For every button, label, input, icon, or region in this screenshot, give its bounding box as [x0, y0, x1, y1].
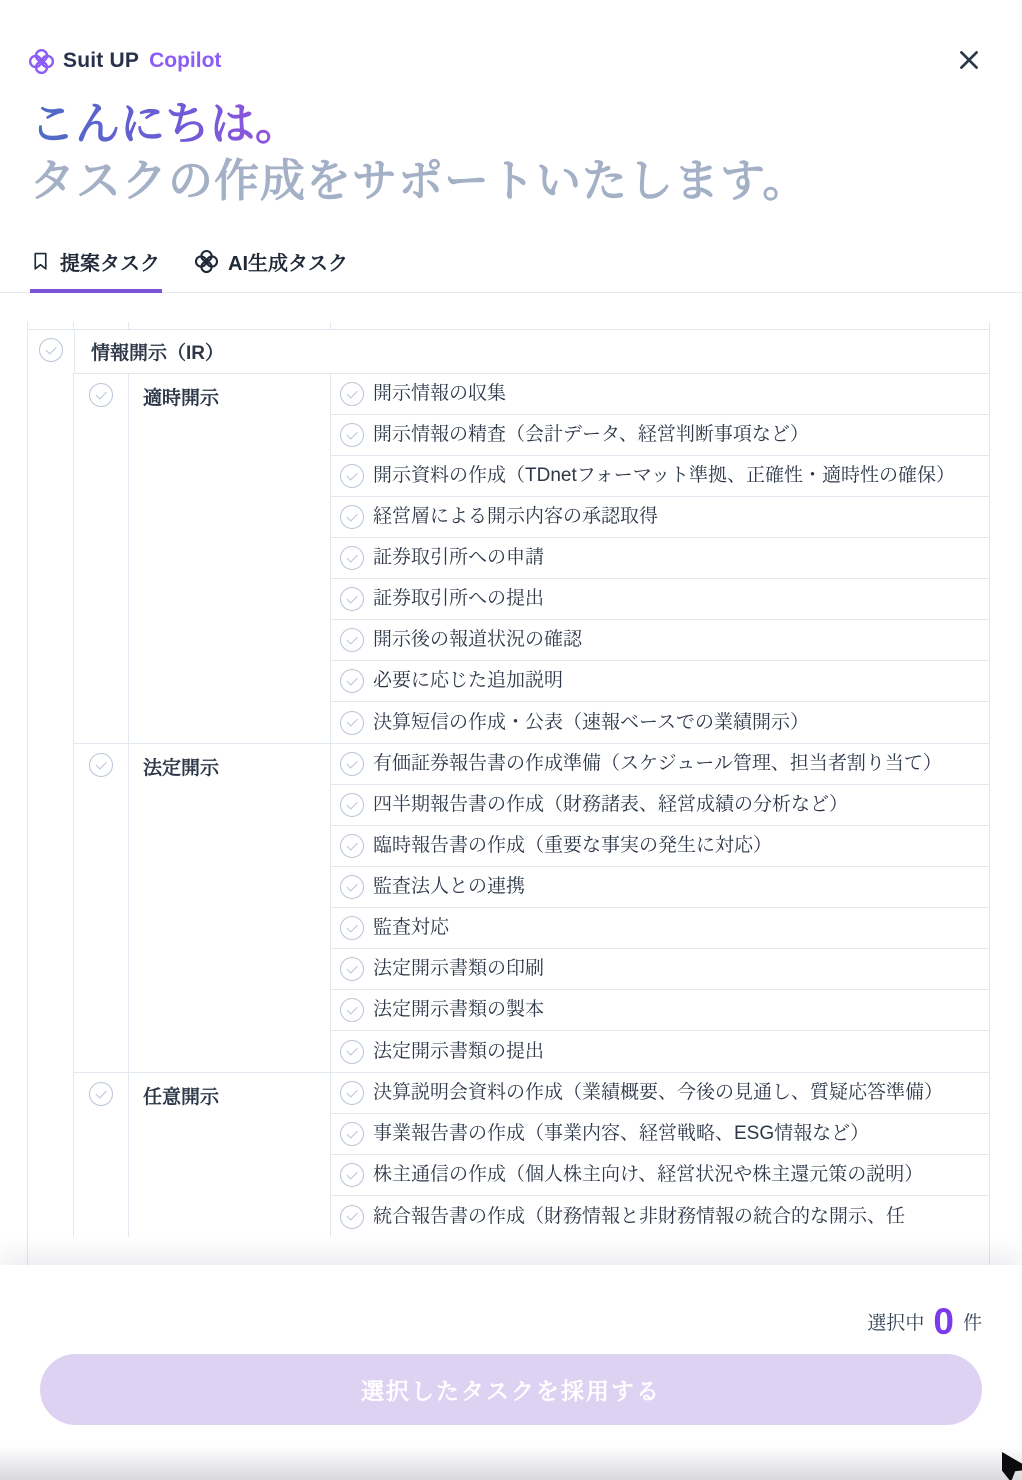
- task-group: 適時開示開示情報の収集開示情報の精査（会計データ、経営判断事項など）開示資料の作…: [74, 374, 989, 744]
- category-spacer: [28, 373, 74, 1237]
- task-label: 法定開示書類の提出: [373, 1040, 544, 1064]
- tab-suggested-tasks[interactable]: 提案タスク: [30, 246, 162, 292]
- count-prefix: 選択中: [867, 1308, 924, 1335]
- tab-ai-generated-tasks[interactable]: AI生成タスク: [194, 246, 350, 292]
- close-button[interactable]: [952, 44, 986, 78]
- knot-logo-icon: [194, 249, 219, 274]
- task-label: 株主通信の作成（個人株主向け、経営状況や株主還元策の説明）: [373, 1163, 923, 1187]
- count-suffix: 件: [963, 1308, 982, 1335]
- checkbox-icon[interactable]: [89, 753, 113, 777]
- task-row[interactable]: 経営層による開示内容の承認取得: [331, 497, 989, 538]
- task-row[interactable]: 決算短信の作成・公表（速報ベースでの業績開示）: [331, 702, 989, 743]
- clipped-row: [28, 322, 989, 329]
- task-groups: 適時開示開示情報の収集開示情報の精査（会計データ、経営判断事項など）開示資料の作…: [74, 373, 989, 1237]
- category-row[interactable]: 情報開示（IR）: [28, 329, 989, 373]
- task-row[interactable]: 臨時報告書の作成（重要な事実の発生に対応）: [331, 826, 989, 867]
- subcategory-checkbox-cell[interactable]: [74, 374, 129, 743]
- greeting-line2: タスクの作成をサポートいたします。: [30, 152, 992, 210]
- copilot-modal: { "brand": { "name": "Suit UP", "product…: [0, 0, 1022, 1480]
- task-label: 法定開示書類の製本: [373, 998, 544, 1022]
- brand-product: Copilot: [149, 49, 221, 73]
- task-row[interactable]: 証券取引所への提出: [331, 579, 989, 620]
- checkbox-icon[interactable]: [340, 505, 364, 529]
- task-label: 証券取引所への提出: [373, 587, 544, 611]
- adopt-tasks-button[interactable]: 選択したタスクを採用する: [40, 1354, 982, 1425]
- close-icon: [955, 46, 983, 77]
- task-list: 開示情報の収集開示情報の精査（会計データ、経営判断事項など）開示資料の作成（TD…: [331, 374, 989, 743]
- greeting: こんにちは。 タスクの作成をサポートいたします。: [0, 78, 1022, 210]
- subcategory-label: 法定開示: [129, 744, 331, 1072]
- task-row[interactable]: 統合報告書の作成（財務情報と非財務情報の統合的な開示、任: [331, 1196, 989, 1237]
- brand-name: Suit UP: [63, 49, 139, 73]
- tab-bar: 提案タスク AI生成タスク: [0, 246, 1022, 293]
- greeting-line1: こんにちは。: [30, 96, 300, 152]
- task-table: 情報開示（IR） 適時開示開示情報の収集開示情報の精査（会計データ、経営判断事項…: [27, 322, 990, 1269]
- checkbox-icon[interactable]: [340, 998, 364, 1022]
- modal-header: Suit UP Copilot: [0, 0, 1022, 78]
- brand: Suit UP Copilot: [28, 48, 221, 75]
- checkbox-icon[interactable]: [340, 875, 364, 899]
- checkbox-icon[interactable]: [340, 957, 364, 981]
- task-row[interactable]: 法定開示書類の提出: [331, 1031, 989, 1072]
- checkbox-icon[interactable]: [340, 1081, 364, 1105]
- footer: 選択中 0 件 選択したタスクを採用する: [0, 1265, 1022, 1480]
- count-number: 0: [933, 1303, 954, 1340]
- task-label: 統合報告書の作成（財務情報と非財務情報の統合的な開示、任: [373, 1205, 905, 1229]
- task-label: 法定開示書類の印刷: [373, 957, 544, 981]
- checkbox-icon[interactable]: [340, 382, 364, 406]
- category-body: 適時開示開示情報の収集開示情報の精査（会計データ、経営判断事項など）開示資料の作…: [28, 373, 989, 1237]
- checkbox-icon[interactable]: [340, 669, 364, 693]
- checkbox-icon[interactable]: [340, 1122, 364, 1146]
- task-row[interactable]: 監査対応: [331, 908, 989, 949]
- checkbox-icon[interactable]: [340, 464, 364, 488]
- checkbox-icon[interactable]: [340, 587, 364, 611]
- checkbox-icon[interactable]: [89, 1082, 113, 1106]
- task-label: 開示情報の精査（会計データ、経営判断事項など）: [373, 423, 809, 447]
- checkbox-icon[interactable]: [340, 793, 364, 817]
- subcategory-checkbox-cell[interactable]: [74, 744, 129, 1072]
- task-label: 臨時報告書の作成（重要な事実の発生に対応）: [373, 834, 772, 858]
- checkbox-icon[interactable]: [340, 546, 364, 570]
- checkbox-icon[interactable]: [340, 423, 364, 447]
- subcategory-checkbox-cell[interactable]: [74, 1073, 129, 1237]
- task-label: 開示後の報道状況の確認: [373, 628, 582, 652]
- task-label: 決算説明会資料の作成（業績概要、今後の見通し、質疑応答準備）: [373, 1081, 943, 1105]
- task-row[interactable]: 開示後の報道状況の確認: [331, 620, 989, 661]
- task-group: 法定開示有価証券報告書の作成準備（スケジュール管理、担当者割り当て）四半期報告書…: [74, 744, 989, 1073]
- task-label: 証券取引所への申請: [373, 546, 544, 570]
- checkbox-icon[interactable]: [340, 711, 364, 735]
- checkbox-icon[interactable]: [340, 1163, 364, 1187]
- checkbox-icon[interactable]: [340, 1205, 364, 1229]
- category-label: 情報開示（IR）: [74, 330, 989, 373]
- task-label: 監査法人との連携: [373, 875, 525, 899]
- task-row[interactable]: 開示情報の精査（会計データ、経営判断事項など）: [331, 415, 989, 456]
- task-row[interactable]: 法定開示書類の製本: [331, 990, 989, 1031]
- subcategory-label: 適時開示: [129, 374, 331, 743]
- task-row[interactable]: 決算説明会資料の作成（業績概要、今後の見通し、質疑応答準備）: [331, 1073, 989, 1114]
- task-label: 四半期報告書の作成（財務諸表、経営成績の分析など）: [373, 793, 848, 817]
- task-label: 開示情報の収集: [373, 382, 506, 406]
- task-label: 必要に応じた追加説明: [373, 669, 563, 693]
- knot-logo-icon: [28, 48, 55, 75]
- checkbox-icon[interactable]: [340, 1040, 364, 1064]
- task-row[interactable]: 四半期報告書の作成（財務諸表、経営成績の分析など）: [331, 785, 989, 826]
- task-row[interactable]: 監査法人との連携: [331, 867, 989, 908]
- task-row[interactable]: 法定開示書類の印刷: [331, 949, 989, 990]
- task-row[interactable]: 証券取引所への申請: [331, 538, 989, 579]
- tab-label: 提案タスク: [60, 247, 160, 276]
- subcategory-label: 任意開示: [129, 1073, 331, 1237]
- task-label: 監査対応: [373, 916, 449, 940]
- task-label: 開示資料の作成（TDnetフォーマット準拠、正確性・適時性の確保）: [373, 464, 955, 488]
- bookmark-icon: [30, 249, 51, 273]
- task-row[interactable]: 有価証券報告書の作成準備（スケジュール管理、担当者割り当て）: [331, 744, 989, 785]
- task-row[interactable]: 必要に応じた追加説明: [331, 661, 989, 702]
- task-label: 有価証券報告書の作成準備（スケジュール管理、担当者割り当て）: [373, 752, 942, 776]
- task-label: 決算短信の作成・公表（速報ベースでの業績開示）: [373, 711, 809, 735]
- checkbox-icon[interactable]: [340, 628, 364, 652]
- checkbox-icon[interactable]: [340, 834, 364, 858]
- checkbox-icon[interactable]: [89, 383, 113, 407]
- task-group: 任意開示決算説明会資料の作成（業績概要、今後の見通し、質疑応答準備）事業報告書の…: [74, 1073, 989, 1237]
- selection-count: 選択中 0 件: [0, 1265, 1022, 1340]
- checkbox-icon[interactable]: [39, 338, 63, 362]
- task-label: 経営層による開示内容の承認取得: [373, 505, 658, 529]
- task-label: 事業報告書の作成（事業内容、経営戦略、ESG情報など）: [373, 1122, 869, 1146]
- task-row[interactable]: 株主通信の作成（個人株主向け、経営状況や株主還元策の説明）: [331, 1155, 989, 1196]
- task-row[interactable]: 事業報告書の作成（事業内容、経営戦略、ESG情報など）: [331, 1114, 989, 1155]
- checkbox-icon[interactable]: [340, 752, 364, 776]
- tab-label: AI生成タスク: [228, 247, 348, 276]
- task-list: 有価証券報告書の作成準備（スケジュール管理、担当者割り当て）四半期報告書の作成（…: [331, 744, 989, 1072]
- task-row[interactable]: 開示情報の収集: [331, 374, 989, 415]
- task-row[interactable]: 開示資料の作成（TDnetフォーマット準拠、正確性・適時性の確保）: [331, 456, 989, 497]
- checkbox-icon[interactable]: [340, 916, 364, 940]
- task-list: 決算説明会資料の作成（業績概要、今後の見通し、質疑応答準備）事業報告書の作成（事…: [331, 1073, 989, 1237]
